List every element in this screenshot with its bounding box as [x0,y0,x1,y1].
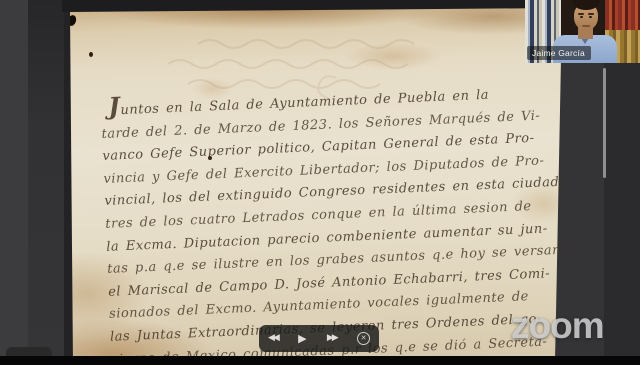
fast-forward-icon[interactable]: ▶▶ [327,334,337,343]
participant-mouth [582,25,590,27]
participant-eye [589,16,592,18]
letterbox-bar [0,356,640,365]
paper-hole [66,14,77,27]
participant-eye [580,16,583,18]
participant-name-label: Jaime García [527,46,591,60]
scrollbar-thumb[interactable] [603,68,606,178]
viewer-right-margin [604,58,640,358]
rewind-icon[interactable]: ◀◀ [268,334,278,343]
left-edge-panel [0,0,28,365]
manuscript-text: Juntos en la Sala de Ayuntamiento de Pue… [100,76,581,365]
zoom-call-window: Juntos en la Sala de Ayuntamiento de Pue… [0,0,640,365]
participant-eyebrow [588,13,594,15]
zoom-logo: zoom [511,305,604,347]
play-icon[interactable]: ▶ [298,333,306,344]
participant-video-tile[interactable]: Jaime García [525,0,640,63]
bookshelf-right-top [605,0,640,30]
participant-eyebrow [578,13,584,15]
background-gutter [28,0,64,365]
playback-controls: ◀◀ ▶ ▶▶ ✕ [259,325,379,352]
close-icon[interactable]: ✕ [357,332,370,345]
